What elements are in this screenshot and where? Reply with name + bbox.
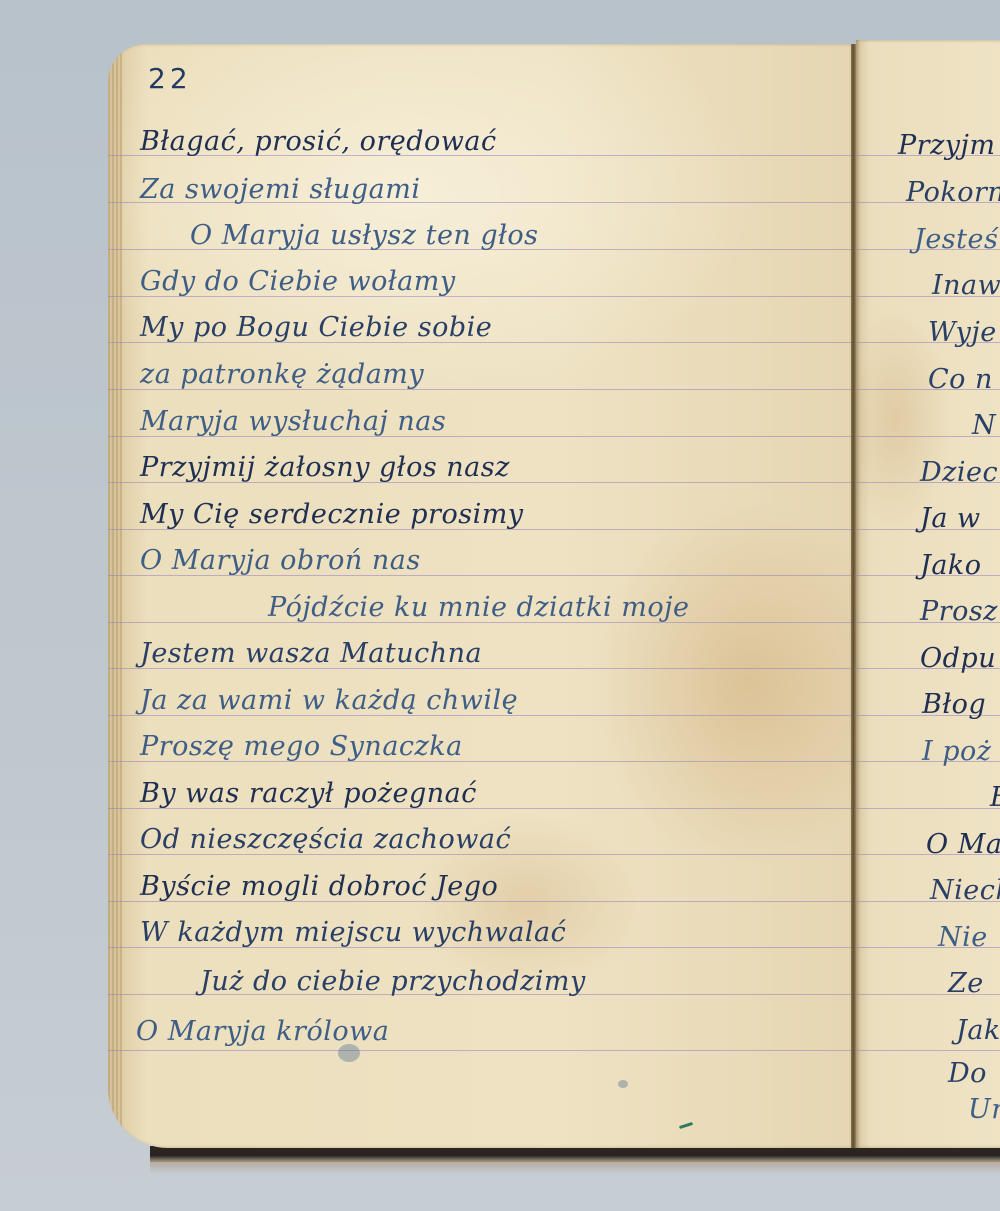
rule-line bbox=[856, 1050, 1000, 1051]
ink-blot bbox=[618, 1080, 628, 1088]
handwritten-line-partial: Przyjm bbox=[898, 130, 996, 161]
handwritten-line: O Maryja usłysz ten głos bbox=[190, 220, 539, 251]
handwritten-line-partial: Jako bbox=[920, 550, 982, 581]
handwritten-line: My Cię serdecznie prosimy bbox=[140, 499, 524, 530]
handwritten-line-partial: Niech bbox=[930, 875, 1000, 906]
handwritten-line: By was raczył pożegnać bbox=[140, 778, 477, 809]
handwritten-line: Gdy do Ciebie wołamy bbox=[140, 266, 456, 297]
handwritten-line: Przyjmij żałosny głos nasz bbox=[140, 452, 510, 483]
handwritten-line-partial: Wyje bbox=[928, 317, 997, 348]
handwritten-line-partial: Pokorn bbox=[906, 177, 1000, 208]
handwritten-line-partial: Jesteś bbox=[914, 224, 998, 255]
ink-blot bbox=[338, 1044, 360, 1062]
handwritten-line-partial: Błog bbox=[922, 689, 986, 720]
right-page: Przyjm Pokorn Jesteś Inaw Wyje Co n N Dz… bbox=[856, 40, 1000, 1148]
handwritten-line: za patronkę żądamy bbox=[140, 359, 424, 390]
handwritten-line: W każdym miejscu wychwalać bbox=[140, 917, 566, 948]
handwritten-line: Od nieszczęścia zachować bbox=[140, 824, 511, 855]
handwritten-line: Maryja wysłuchaj nas bbox=[140, 406, 446, 437]
handwritten-line: Ja za wami w każdą chwilę bbox=[140, 685, 518, 716]
notebook-spread: 22 Błagać, prosić, orędować Za swojemi s… bbox=[0, 0, 1000, 1211]
left-page: 22 Błagać, prosić, orędować Za swojemi s… bbox=[108, 44, 854, 1148]
handwritten-line-partial: O Ma bbox=[926, 829, 1000, 860]
handwritten-line: Jestem wasza Matuchna bbox=[140, 638, 482, 669]
handwritten-line-partial: Ze bbox=[948, 968, 984, 999]
page-number: 22 bbox=[148, 62, 192, 95]
handwritten-line: My po Bogu Ciebie sobie bbox=[140, 312, 492, 343]
handwritten-line-partial: N bbox=[972, 410, 996, 441]
handwritten-line: Błagać, prosić, orędować bbox=[140, 126, 497, 157]
rule-line bbox=[108, 1050, 854, 1051]
handwritten-line-partial: Odpu bbox=[920, 643, 996, 674]
handwritten-line: Za swojemi sługami bbox=[140, 174, 420, 205]
handwritten-line-partial: Dziec bbox=[920, 457, 998, 488]
handwritten-line-partial: Jak bbox=[956, 1015, 1000, 1046]
handwritten-line-partial: Inaw bbox=[932, 270, 1000, 301]
handwritten-line-partial: Ja w bbox=[920, 503, 981, 534]
handwritten-line-partial: Ur bbox=[968, 1094, 1000, 1125]
handwritten-line: Byście mogli dobroć Jego bbox=[140, 871, 498, 902]
handwritten-line-partial: Co n bbox=[928, 364, 993, 395]
handwritten-line: O Maryja obroń nas bbox=[140, 545, 421, 576]
book-shadow-soft bbox=[150, 1160, 1000, 1174]
handwritten-line-partial: Nie bbox=[938, 922, 988, 953]
handwritten-line: Proszę mego Synaczka bbox=[140, 731, 463, 762]
handwritten-line-partial: B bbox=[990, 782, 1000, 813]
rule-line bbox=[856, 808, 1000, 809]
handwritten-line-partial: Do bbox=[948, 1058, 987, 1089]
handwritten-line: Już do ciebie przychodzimy bbox=[200, 966, 586, 997]
handwritten-line: Pójdźcie ku mnie dziatki moje bbox=[268, 592, 689, 623]
handwritten-line-partial: Prosz bbox=[920, 596, 998, 627]
handwritten-line: O Maryja królowa bbox=[136, 1016, 389, 1047]
handwritten-line-partial: I poż bbox=[922, 736, 992, 767]
